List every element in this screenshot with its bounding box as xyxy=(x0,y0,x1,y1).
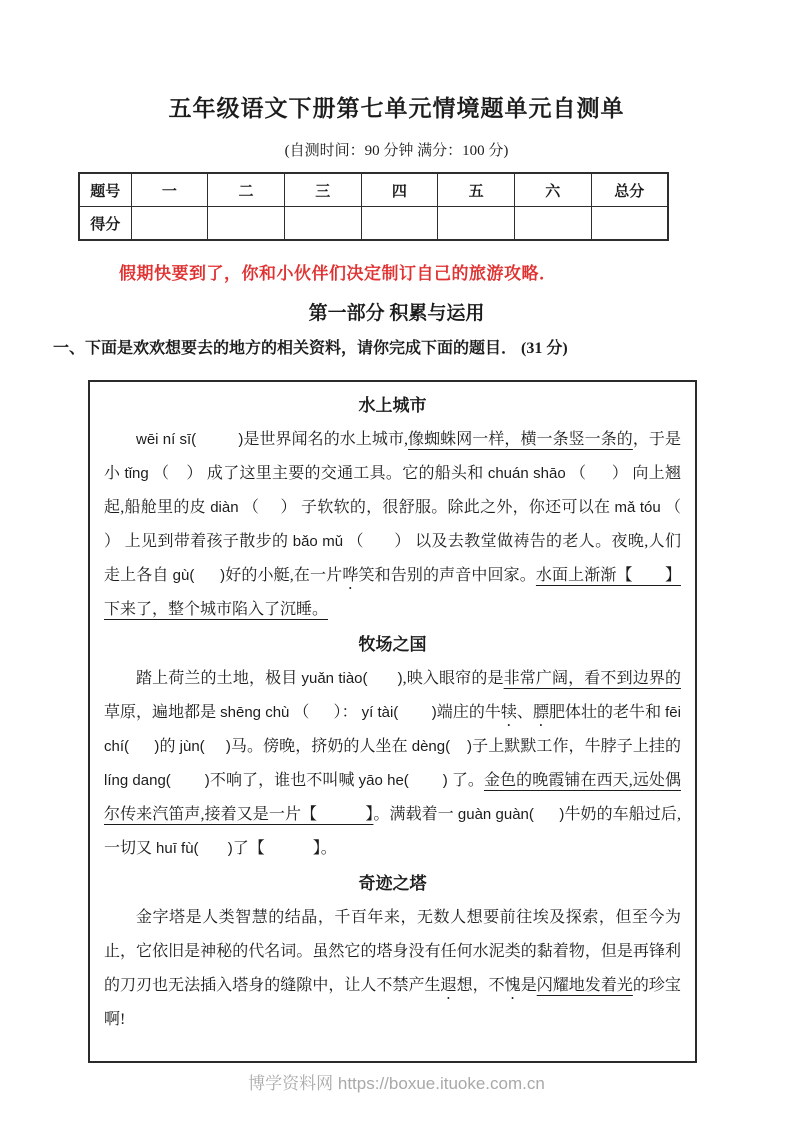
score-cell-1 xyxy=(131,207,208,241)
underlined-text: 非常广阔，看不到边界的 xyxy=(504,670,681,687)
score-table-col-2: 二 xyxy=(208,173,285,207)
underlined-text: 闪耀地发着光 xyxy=(537,977,633,994)
scenario-notice: 假期快要到了，你和小伙伴们决定制订自己的旅游攻略． xyxy=(119,259,740,284)
score-table-col-3: 三 xyxy=(284,173,361,207)
passage-run: 、 xyxy=(517,704,533,721)
score-table-header-row: 题号 一 二 三 四 五 六 总分 xyxy=(79,173,668,207)
passage-title-miracle-tower: 奇迹之塔 xyxy=(104,866,681,901)
passage-text-water-city: wēi ní sī( )是世界闻名的水上城市,像蜘蛛网一样，横一条竖一条的，于是… xyxy=(104,423,681,627)
score-cell-5 xyxy=(438,207,515,241)
pinyin-blank: yuǎn tiào( ) xyxy=(302,670,403,687)
passage-run: （ ） 成了这里主要的交通工具。它的船头和 xyxy=(149,465,488,482)
emphasized-char: 遐 xyxy=(441,977,457,994)
pinyin-blank: tǐng xyxy=(125,465,149,482)
pinyin-blank: wēi ní sī( ) xyxy=(136,431,243,448)
pinyin-blank: yí tài( ) xyxy=(362,704,437,721)
pinyin-blank: guàn guàn( ) xyxy=(458,806,564,823)
part1-heading: 第一部分 积累与运用 xyxy=(53,298,740,325)
emphasized-char: 犊 xyxy=(501,704,517,721)
test-paper-page: 五年级语文下册第七单元情境题单元自测单 (自测时间：90 分钟 满分：100 分… xyxy=(0,0,793,1063)
passage-text-miracle-tower: 金字塔是人类智慧的结晶，千百年来，无数人想要前往埃及探索，但至今为止，它依旧是神… xyxy=(104,901,681,1037)
passage-run: 想，不 xyxy=(457,977,505,994)
passage-run: 。满载着一 xyxy=(373,806,457,823)
question-1-stem: 一、下面是欢欢想要去的地方的相关资料，请你完成下面的题目． (31 分) xyxy=(53,335,740,358)
passage-run: （ ）： xyxy=(289,704,361,721)
score-cell-total xyxy=(591,207,668,241)
passage-run: （ ） 子软软的，很舒服。除此之外，你还可以在 xyxy=(239,499,615,516)
pinyin-blank: jùn( ) xyxy=(180,738,231,755)
passage-title-pasture-country: 牧场之国 xyxy=(104,627,681,662)
passage-run: 草原，遍地都是 xyxy=(104,704,220,721)
passage-run: 肥体壮的老牛和 xyxy=(549,704,665,721)
pinyin-blank: gù( ) xyxy=(173,567,225,584)
score-cell-2 xyxy=(208,207,285,241)
score-cell-3 xyxy=(284,207,361,241)
page-title: 五年级语文下册第七单元情境题单元自测单 xyxy=(53,90,740,123)
passage-run: 端庄的牛 xyxy=(437,704,501,721)
score-cell-4 xyxy=(361,207,438,241)
emphasized-char: 哗 xyxy=(342,567,358,584)
reading-passages-box: 水上城市 wēi ní sī( )是世界闻名的水上城市,像蜘蛛网一样，横一条竖一… xyxy=(88,380,697,1063)
passage-title-water-city: 水上城市 xyxy=(104,388,681,423)
score-table-col-6: 六 xyxy=(514,173,591,207)
passage-run: 笑和告别的声音中回家。 xyxy=(358,567,535,584)
score-table-col-5: 五 xyxy=(438,173,515,207)
passage-run: 不响了，谁也不叫喊 xyxy=(210,772,359,789)
score-table-col-4: 四 xyxy=(361,173,438,207)
pinyin-blank: chuán shāo xyxy=(488,465,566,482)
emphasized-char: 膘 xyxy=(533,704,549,721)
test-info-line: (自测时间：90 分钟 满分：100 分) xyxy=(53,139,740,160)
passage-run: 是 xyxy=(521,977,537,994)
passage-run: 是世界闻名的水上城市, xyxy=(243,431,408,448)
pinyin-blank: dèng( ) xyxy=(412,738,472,755)
score-table-col-total: 总分 xyxy=(591,173,668,207)
passage-text-pasture-country: 踏上荷兰的土地，极目 yuǎn tiào( ),映入眼帘的是非常广阔，看不到边界… xyxy=(104,662,681,866)
watermark-text: 博学资料网 https://boxue.ituoke.com.cn xyxy=(0,1069,793,1094)
score-cell-6 xyxy=(514,207,591,241)
passage-run: 马。傍晚，挤奶的人坐在 xyxy=(231,738,412,755)
score-table: 题号 一 二 三 四 五 六 总分 得分 xyxy=(78,172,669,241)
emphasized-char: 愧 xyxy=(505,977,521,994)
passage-run: ,映入眼帘的是 xyxy=(403,670,504,687)
passage-run: 好的小艇,在一片 xyxy=(225,567,342,584)
pinyin-blank: líng dang( ) xyxy=(104,772,210,789)
pinyin-blank: huī fù( ) xyxy=(156,840,233,857)
passage-run: 了【 】。 xyxy=(233,840,337,857)
score-table-score-row: 得分 xyxy=(79,207,668,241)
score-table-corner-label: 题号 xyxy=(79,173,131,207)
pinyin-blank: diàn xyxy=(210,499,238,516)
score-table-col-1: 一 xyxy=(131,173,208,207)
passage-run: 踏上荷兰的土地，极目 xyxy=(136,670,302,687)
passage-run: 子上默默工作，牛脖子上挂的 xyxy=(472,738,685,755)
underlined-text: 像蜘蛛网一样，横一条竖一条的 xyxy=(408,431,633,448)
pinyin-blank: mǎ tóu xyxy=(615,499,661,516)
passage-run: 了。 xyxy=(448,772,484,789)
passage-run: 的 xyxy=(159,738,179,755)
score-row-label: 得分 xyxy=(79,207,131,241)
pinyin-blank: bǎo mǔ xyxy=(293,533,343,550)
pinyin-blank: shēng chù xyxy=(220,704,289,721)
pinyin-blank: yāo he( ) xyxy=(359,772,448,789)
